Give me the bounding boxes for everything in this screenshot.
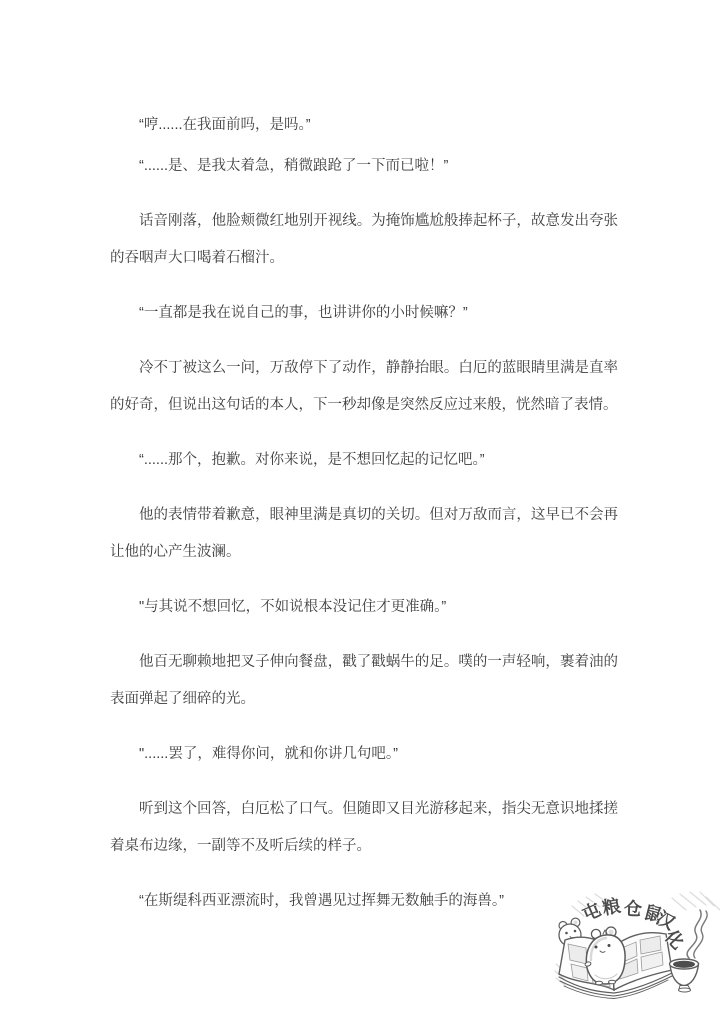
paragraph-5: 冷不丁被这么一问，万敌停下了动作，静静抬眼。白厄的蓝眼睛里满是直率的好奇，但说出… [110,350,618,424]
paragraph-1: “哼......在我面前吗，是吗。” [110,107,618,144]
paragraph-4: “一直都是我在说自己的事，也讲讲你的小时候嘛？” [110,295,618,332]
teacup-icon [670,959,699,992]
paragraph-2: “......是、是我太着急，稍微踉跄了一下而已啦！” [110,148,618,185]
watermark-illustration: 屯粮仓鼠汉化 [554,880,720,1014]
novel-page: “哼......在我面前吗，是吗。”“......是、是我太着急，稍微踉跄了一下… [0,0,720,1014]
watermark-logo: 屯粮仓鼠汉化 [554,880,720,1014]
paragraph-10: "......罢了，难得你问，就和你讲几句吧。” [110,736,618,773]
paragraph-9: 他百无聊赖地把叉子伸向餐盘，戳了戳蜗牛的足。噗的一声轻响，裹着油的表面弹起了细碎… [110,644,618,718]
paragraph-6: “......那个，抱歉。对你来说，是不想回忆起的记忆吧。” [110,442,618,479]
watermark-char: 仓 [624,898,643,920]
body-text: “哼......在我面前吗，是吗。”“......是、是我太着急，稍微踉跄了一下… [110,107,618,938]
big-hamster-icon [584,927,625,985]
paragraph-11: 听到这个回答，白厄松了口气。但随即又目光游移起来，指尖无意识地揉搓着桌布边缘，一… [110,791,618,865]
steam-icon [687,910,707,958]
paragraph-7: 他的表情带着歉意，眼神里满是真切的关切。但对万敌而言，这早已不会再让他的心产生波… [110,497,618,571]
paragraph-8: "与其说不想回忆，不如说根本没记住才更准确。” [110,589,618,626]
paragraph-3: 话音刚落，他脸颊微红地别开视线。为掩饰尴尬般捧起杯子，故意发出夸张的吞咽声大口喝… [110,203,618,277]
paragraph-12: “在斯缇科西亚漂流时，我曾遇见过挥舞无数触手的海兽。” [110,883,618,920]
watermark-char: 粮 [601,895,622,919]
watermark-char: 屯 [579,898,604,925]
